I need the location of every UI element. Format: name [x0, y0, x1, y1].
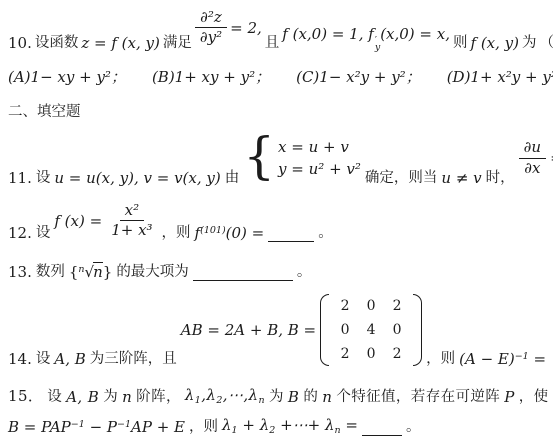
q15-text-then: ，则 [189, 415, 218, 436]
q15-math-mid: − P [90, 418, 117, 436]
q15-math-P: P [504, 388, 515, 406]
fraction-numerator: ∂²z [195, 9, 227, 28]
q11-text-when: 时， [486, 166, 515, 187]
q15-text-such-that: ，使 [519, 385, 549, 406]
question-15-line-2: B = PAP−1 − P−1AP + E ，则 λ1 + λ2 +⋯+ λn … [8, 415, 549, 436]
matrix-cell: 0 [367, 346, 376, 362]
option-a: (A)1− xy + y²； [8, 66, 126, 87]
q15-text-of: 的 [303, 385, 318, 406]
q10-answer-parens: （ ） [540, 31, 553, 52]
fraction-numerator: ∂u [519, 139, 546, 158]
q11-fraction-du-dx: ∂u ∂x [519, 139, 546, 177]
lambda: λ [325, 416, 335, 434]
matrix-cell: 2 [341, 298, 350, 314]
matrix-cell: 2 [341, 346, 350, 362]
inverse-exponent: −1 [117, 419, 131, 430]
q10-math-equals-2: = 2, [230, 19, 262, 37]
q15-math-ab: A, B [66, 388, 99, 406]
lambda-sub-n: n [258, 395, 265, 406]
answer-blank [362, 422, 402, 436]
q14-text-third-order: 为三阶阵，且 [90, 347, 177, 368]
fraction-denominator: 1+ x³ [106, 221, 157, 239]
system-lines: x = u + v y = u² + v² [278, 138, 361, 178]
matrix-left-paren [320, 294, 329, 366]
question-11: 11. 设 u = u(x, y), v = v(x, y) 由 { x = u… [8, 129, 549, 191]
q11-text-let: 设 [36, 166, 51, 187]
q14-math-ab: A, B [54, 350, 85, 368]
q14-text-then: ，则 [426, 347, 455, 368]
section-header: 二、填空题 [8, 100, 549, 121]
radicand-n: n [93, 262, 103, 281]
system-line-1: x = u + v [278, 138, 361, 156]
matrix-cell: 4 [367, 322, 376, 338]
option-b: (B)1+ xy + y²； [152, 66, 270, 87]
fraction-denominator: ∂x [519, 159, 545, 177]
q14-text-let: 设 [36, 347, 51, 368]
lambda: λ [222, 416, 232, 434]
q10-math-z-equals: z = f (x, y) [81, 34, 160, 52]
q11-math-uv: u = u(x, y), v = v(x, y) [54, 169, 220, 187]
left-brace: { [243, 135, 275, 178]
question-10: 10. 设函数 z = f (x, y) 满足 ∂²z ∂y² = 2, 且 f… [8, 3, 549, 57]
open-brace: { [69, 263, 79, 281]
q15-text-be: 为 [103, 385, 118, 406]
question-10-options: (A)1− xy + y²； (B)1+ xy + y²； (C)1− x²y … [8, 66, 549, 87]
matrix-cell: 0 [393, 322, 402, 338]
q13-text-max-term: 的最大项为 [116, 260, 189, 281]
q11-equation-system: { x = u + v y = u² + v² [243, 137, 361, 180]
question-14: 14. 设 A, B 为三阶阵，且 AB = 2A + B, B = 2 0 2… [8, 291, 549, 371]
lambda: λ [260, 416, 270, 434]
q15-math-tail: AP + E [131, 418, 185, 436]
inverse-exponent: −1 [71, 419, 85, 430]
question-10-number: 10. [8, 34, 32, 52]
question-15-number: 15． [8, 385, 43, 406]
lambda-sum: λ1 + λ2 +⋯+ λn = [222, 416, 358, 436]
fraction-numerator: x² [120, 202, 144, 221]
q15-text-let: 设 [47, 385, 62, 406]
matrix-cell: 0 [341, 322, 350, 338]
matrix-cell: 2 [393, 298, 402, 314]
q15-math-n: n [322, 388, 332, 406]
root-index-n: n [78, 264, 84, 275]
q10-fraction-d2z-dy2: ∂²z ∂y² [195, 9, 227, 47]
q15-period: 。 [406, 415, 421, 436]
lambda: λ [185, 386, 195, 404]
q12-math-fx-equals: f (x) = [54, 212, 102, 230]
question-14-number: 14. [8, 350, 32, 368]
cdots-separator: ,⋯, [223, 386, 249, 404]
q10-math-f-conditions-a: f (x,0) = 1, f [282, 25, 374, 43]
answer-blank [268, 228, 314, 242]
equals-sign: = [345, 416, 358, 434]
exam-page: 10. 设函数 z = f (x, y) 满足 ∂²z ∂y² = 2, 且 f… [0, 0, 553, 447]
question-13: 13. 数列 {n√n} 的最大项为 。 [8, 260, 549, 281]
matrix-grid: 2 0 2 0 4 0 2 0 2 [329, 294, 413, 366]
matrix-cell: 2 [393, 346, 402, 362]
q10-text-set-function: 设函数 [35, 31, 79, 52]
q10-text-satisfies: 满足 [163, 31, 192, 52]
q10-math-conditions: f (x,0) = 1, f′y(x,0) = x, [282, 25, 450, 52]
q15-text-eigenvalues: 个特征值，若存在可逆阵 [336, 385, 500, 406]
question-12-number: 12. [8, 224, 32, 242]
q10-math-f-conditions-b: (x,0) = x, [380, 25, 450, 43]
q12-superscript-101: (101) [200, 225, 226, 236]
q15-math-n: n [122, 388, 132, 406]
q12-period: 。 [318, 221, 333, 242]
question-15-line-1: 15． 设 A, B 为 n 阶阵， λ1,λ2,⋯,λn 为 B 的 n 个特… [8, 385, 549, 406]
q10-text-then: 则 [453, 31, 468, 52]
answer-blank [193, 267, 293, 281]
q15-math-B: B [288, 388, 299, 406]
q12-text-then: ，则 [162, 221, 191, 242]
subscript-y: y [375, 44, 380, 52]
q15-text-be-of: 为 [269, 385, 284, 406]
matrix-cell: 0 [367, 298, 376, 314]
lambda: λ [249, 386, 259, 404]
q11-math-u-neq-v: u ≠ v [441, 169, 481, 187]
q14-math-equation: AB = 2A + B, B = [181, 321, 316, 339]
q10-math-fxy: f (x, y) [471, 34, 520, 52]
question-12: 12. 设 f (x) = x² 1+ x³ ，则 f(101)(0) = 。 [8, 199, 549, 247]
inverse-exponent: −1 [515, 351, 529, 362]
section-title: 二、填空题 [8, 100, 81, 121]
question-13-number: 13. [8, 263, 32, 281]
close-brace: } [103, 263, 113, 281]
lambda-sub-n: n [335, 425, 341, 436]
q14-math-a-minus-e: (A − E) [459, 350, 515, 368]
lambda: λ [206, 386, 216, 404]
lambda-sub-1: 1 [232, 425, 238, 436]
lambda-sub-2: 2 [269, 425, 275, 436]
q11-text-by: 由 [225, 166, 240, 187]
matrix-B: 2 0 2 0 4 0 2 0 2 [320, 294, 422, 366]
q15-math-similarity-equation: B = PAP−1 − P−1AP + E [8, 418, 185, 436]
q15-math-b-head: B = PAP [8, 418, 71, 436]
q12-math-derivative: f(101)(0) = [195, 224, 265, 242]
option-c: (C)1− x²y + y²； [296, 66, 421, 87]
q13-nth-root-sequence: {n√n} [69, 263, 112, 281]
question-11-number: 11. [8, 169, 32, 187]
q12-math-at-zero: (0) = [226, 224, 265, 242]
plus-cdots-plus: +⋯+ [280, 416, 320, 434]
q14-math-inverse: (A − E)−1 = [459, 350, 546, 368]
q12-text-let: 设 [36, 221, 51, 242]
q15-text-order-matrix: 阶阵， [136, 385, 181, 406]
plus-sign: + [242, 416, 255, 434]
q12-fraction: x² 1+ x³ [106, 202, 157, 240]
q14-equals-sign: = [534, 350, 547, 368]
lambda-list: λ1,λ2,⋯,λn [185, 386, 265, 406]
system-line-2: y = u² + v² [278, 160, 361, 178]
q10-text-and: 且 [265, 31, 280, 52]
q13-text-sequence: 数列 [36, 260, 65, 281]
matrix-right-paren [413, 294, 422, 366]
q13-period: 。 [297, 260, 312, 281]
q10-text-is: 为 [522, 31, 537, 52]
q11-text-determined: 确定，则当 [365, 166, 438, 187]
fraction-denominator: ∂y² [195, 28, 227, 46]
option-d: (D)1+ x²y + y²。 [447, 66, 553, 87]
